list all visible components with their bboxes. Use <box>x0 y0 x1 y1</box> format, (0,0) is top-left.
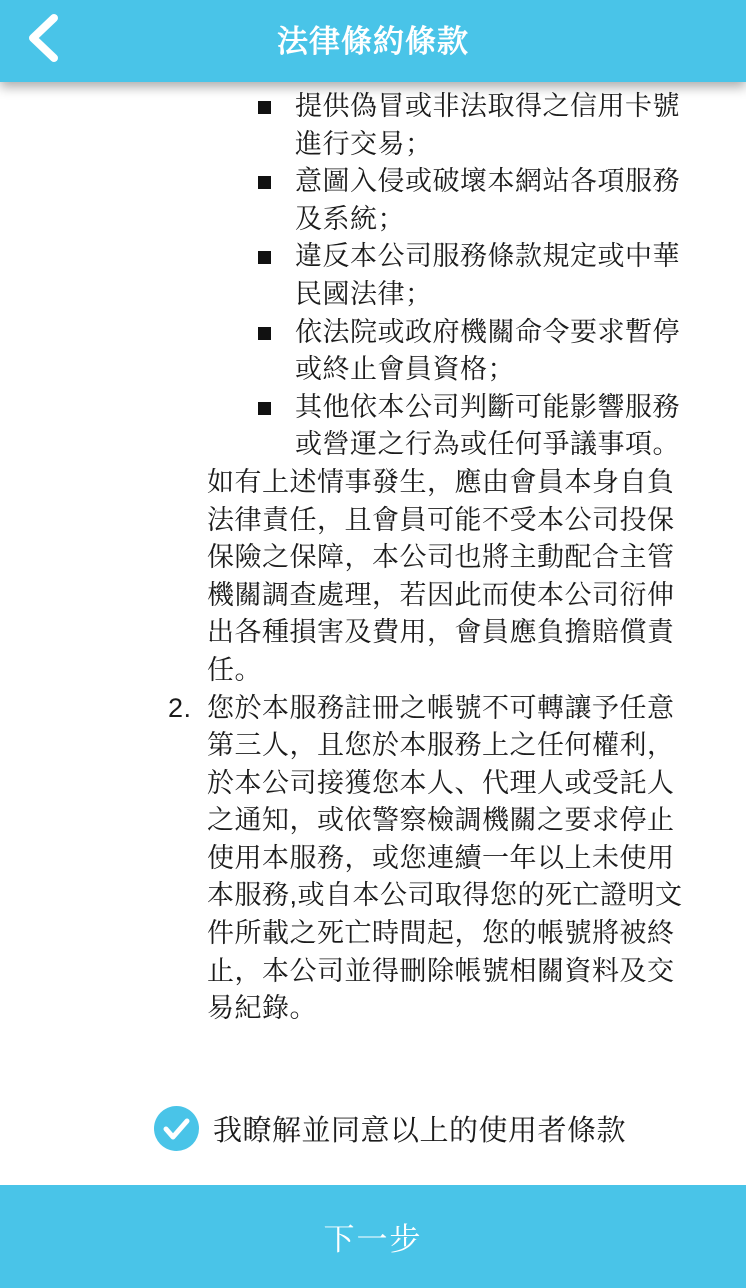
chevron-left-icon <box>26 13 60 66</box>
violation-bullet-list: 提供偽冒或非法取得之信用卡號進行交易； 意圖入侵或破壞本網站各項服務及系統； 違… <box>207 88 690 464</box>
page-title: 法律條約條款 <box>277 0 469 83</box>
bullet-text: 其他依本公司判斷可能影響服務或營運之行為或任何爭議事項。 <box>295 389 690 464</box>
bullet-square-icon <box>258 251 271 264</box>
list-item: 提供偽冒或非法取得之信用卡號進行交易； <box>207 88 690 163</box>
bullet-text: 依法院或政府機關命令要求暫停或終止會員資格； <box>295 314 690 389</box>
next-step-label: 下一步 <box>324 1214 423 1259</box>
clause-2: 2. 您於本服務註冊之帳號不可轉讓予任意第三人，且您於本服務上之任何權利，於本公… <box>168 690 690 1028</box>
bullet-square-icon <box>258 327 271 340</box>
bullet-square-icon <box>258 101 271 114</box>
list-item: 違反本公司服務條款規定或中華民國法律； <box>207 238 690 313</box>
header-bar: 法律條約條款 <box>0 0 746 82</box>
terms-content[interactable]: 提供偽冒或非法取得之信用卡號進行交易； 意圖入侵或破壞本網站各項服務及系統； 違… <box>0 82 746 1028</box>
bullet-text: 違反本公司服務條款規定或中華民國法律； <box>295 238 690 313</box>
list-item: 依法院或政府機關命令要求暫停或終止會員資格； <box>207 314 690 389</box>
clause-2-number: 2. <box>168 690 207 1028</box>
list-item: 其他依本公司判斷可能影響服務或營運之行為或任何爭議事項。 <box>207 389 690 464</box>
list-item: 意圖入侵或破壞本網站各項服務及系統； <box>207 163 690 238</box>
bullet-square-icon <box>258 402 271 415</box>
bullet-square-icon <box>258 176 271 189</box>
bullet-text: 提供偽冒或非法取得之信用卡號進行交易； <box>295 88 690 163</box>
legal-terms-screen: 法律條約條款 提供偽冒或非法取得之信用卡號進行交易； 意圖入侵或破壞本網站各項服… <box>0 0 746 1288</box>
clause-1-continuation: 如有上述情事發生，應由會員本身自負法律責任，且會員可能不受本公司投保保險之保障，… <box>207 464 690 690</box>
clause-2-text: 您於本服務註冊之帳號不可轉讓予任意第三人，且您於本服務上之任何權利，於本公司接獲… <box>207 690 690 1028</box>
next-step-button[interactable]: 下一步 <box>0 1185 746 1288</box>
agree-label: 我瞭解並同意以上的使用者條款 <box>213 1108 626 1149</box>
back-button[interactable] <box>12 3 74 75</box>
checkbox-checked-icon[interactable] <box>154 1106 199 1151</box>
bullet-text: 意圖入侵或破壞本網站各項服務及系統； <box>295 163 690 238</box>
agree-checkbox-row[interactable]: 我瞭解並同意以上的使用者條款 <box>154 1106 626 1151</box>
